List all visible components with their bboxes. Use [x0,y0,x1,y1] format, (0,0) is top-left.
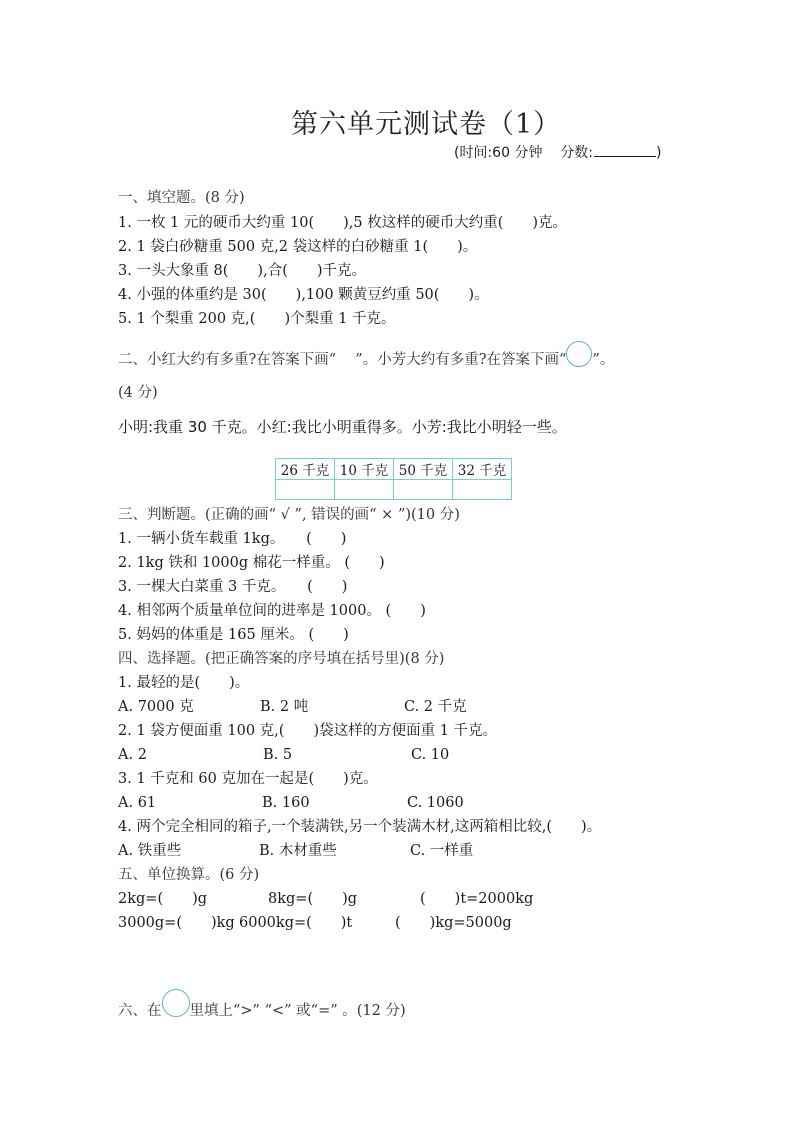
s4-q1-options: A. 7000 克B. 2 吨C. 2 千克 [118,698,467,716]
option-cell: 26 千克 [276,459,335,480]
s4-question-1: 1. 最轻的是( )。 [118,674,249,692]
s4-question-3: 3. 1 千克和 60 克加在一起是( )克。 [118,770,378,788]
option-c: C. 一样重 [410,842,473,860]
exam-meta: (时间:60 分钟 分数:) [454,142,661,162]
conversion-item: ( )kg=5000g [395,914,512,932]
s1-question-3: 3. 一头大象重 8( ),合( )千克。 [118,262,366,280]
conversion-item: ( )t=2000kg [420,890,533,908]
option-a: A. 2 [118,746,263,764]
section-6-heading-end: 里填上“>” “<” 或“=” 。(12 分) [190,1003,406,1019]
option-cell: 10 千克 [335,459,394,480]
conversion-item: 3000g=( )kg [118,914,239,932]
s4-question-2: 2. 1 袋方便面重 100 克,( )袋这样的方便面重 1 千克。 [118,722,497,740]
option-cell: 32 千克 [453,459,512,480]
answer-cell[interactable] [394,480,453,500]
s4-q4-options: A. 铁重些B. 木材重些C. 一样重 [118,842,473,860]
section-1-heading: 一、填空题。(8 分) [118,189,245,207]
section-2-dialogue: 小明:我重 30 千克。小红:我比小明重得多。小芳:我比小明轻一些。 [118,418,567,436]
section-6-heading: 六、在里填上“>” “<” 或“=” 。(12 分) [118,997,406,1025]
s1-question-2: 2. 1 袋白砂糖重 500 克,2 袋这样的白砂糖重 1( )。 [118,238,477,256]
s5-row-1: 2kg=( )g8kg=( )g( )t=2000kg [118,890,533,908]
s3-question-1: 1. 一辆小货车载重 1kg。 ( ) [118,530,346,548]
option-b: B. 2 吨 [260,698,404,716]
conversion-item: 2kg=( )g [118,890,268,908]
time-limit: (时间:60 分钟 [454,145,542,161]
page-title: 第六单元测试卷（1） [291,102,561,141]
option-c: C. 10 [411,746,449,764]
s1-question-4: 4. 小强的体重约是 30( ),100 颗黄豆约重 50( )。 [118,286,489,304]
option-c: C. 2 千克 [404,698,467,716]
section-2-heading: 二、小红大约有多重?在答案下画“ ”。小芳大约有多重?在答案下画“”。 [118,347,614,373]
option-a: A. 铁重些 [118,842,259,860]
section-2-heading-text: 二、小红大约有多重?在答案下画“ ”。小芳大约有多重?在答案下画“ [118,352,566,368]
s3-question-3: 3. 一棵大白菜重 3 千克。 ( ) [118,578,347,596]
s3-question-4: 4. 相邻两个质量单位间的进率是 1000。 ( ) [118,602,426,620]
section-3-heading: 三、判断题。(正确的画“ √ ”, 错误的画“ × ”)(10 分) [118,506,460,524]
circle-icon [566,341,592,367]
section-2-heading-end: ”。 [592,352,614,368]
s3-question-2: 2. 1kg 铁和 1000g 棉花一样重。 ( ) [118,554,385,572]
s1-question-1: 1. 一枚 1 元的硬币大约重 10( ),5 枚这样的硬币大约重( )克。 [118,214,567,232]
option-a: A. 7000 克 [118,698,260,716]
s1-question-5: 5. 1 个梨重 200 克,( )个梨重 1 千克。 [118,310,396,328]
circle-icon [162,989,190,1017]
section-6-heading-text: 六、在 [118,1003,162,1019]
section-5-heading: 五、单位换算。(6 分) [118,866,259,884]
option-b: B. 木材重些 [259,842,410,860]
conversion-item: 6000kg=( )t [239,914,395,932]
s4-question-4: 4. 两个完全相同的箱子,一个装满铁,另一个装满木材,这两箱相比较,( )。 [118,818,601,836]
s3-question-5: 5. 妈妈的体重是 165 厘米。 ( ) [118,626,349,644]
option-c: C. 1060 [407,794,464,812]
s4-q2-options: A. 2B. 5C. 10 [118,746,449,764]
option-cell: 50 千克 [394,459,453,480]
weight-options-table: 26 千克 10 千克 50 千克 32 千克 [275,458,512,500]
option-b: B. 160 [262,794,407,812]
answer-cell[interactable] [276,480,335,500]
answer-cell[interactable] [335,480,394,500]
score-label: 分数: [560,145,593,161]
section-2-points: (4 分) [118,384,158,402]
option-a: A. 61 [118,794,262,812]
score-blank[interactable] [594,142,656,157]
meta-close: ) [656,145,661,161]
answer-cell[interactable] [453,480,512,500]
conversion-item: 8kg=( )g [268,890,420,908]
option-b: B. 5 [263,746,411,764]
s4-q3-options: A. 61B. 160C. 1060 [118,794,464,812]
s5-row-2: 3000g=( )kg6000kg=( )t( )kg=5000g [118,914,512,932]
section-4-heading: 四、选择题。(把正确答案的序号填在括号里)(8 分) [118,650,444,668]
